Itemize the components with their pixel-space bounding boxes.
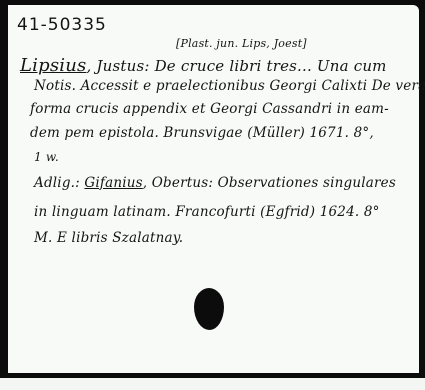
addendum-author: Gifanius — [84, 175, 142, 191]
addendum-prefix: Adlig.: — [34, 175, 84, 191]
entry-title: , Justus: De cruce libri tres... Una cum — [86, 57, 386, 75]
entry-line-1: Lipsius, Justus: De cruce libri tres... … — [20, 55, 387, 76]
provenance-line: M. E libris Szalatnay. — [34, 230, 183, 246]
author-surname: Lipsius — [20, 55, 86, 76]
entry-line-5: 1 w. — [34, 150, 59, 164]
bracket-note: [Plast. jun. Lips, Joest] — [176, 37, 307, 50]
entry-line-4: dem pem epistola. Brunsvigae (Müller) 16… — [30, 125, 374, 141]
entry-line-3: forma crucis appendix et Georgi Cassandr… — [30, 101, 389, 117]
addendum-line-1: Adlig.: Gifanius, Obertus: Observationes… — [34, 175, 396, 191]
call-number: 41-50335 — [17, 15, 107, 35]
entry-line-2: Notis. Accessit e praelectionibus Georgi… — [34, 78, 425, 94]
addendum-line-2: in linguam latinam. Francofurti (Egfrid)… — [34, 204, 380, 220]
scan-frame: 41-50335 [Plast. jun. Lips, Joest] Lipsi… — [0, 0, 425, 378]
addendum-title: , Obertus: Observationes singulares — [143, 175, 396, 191]
